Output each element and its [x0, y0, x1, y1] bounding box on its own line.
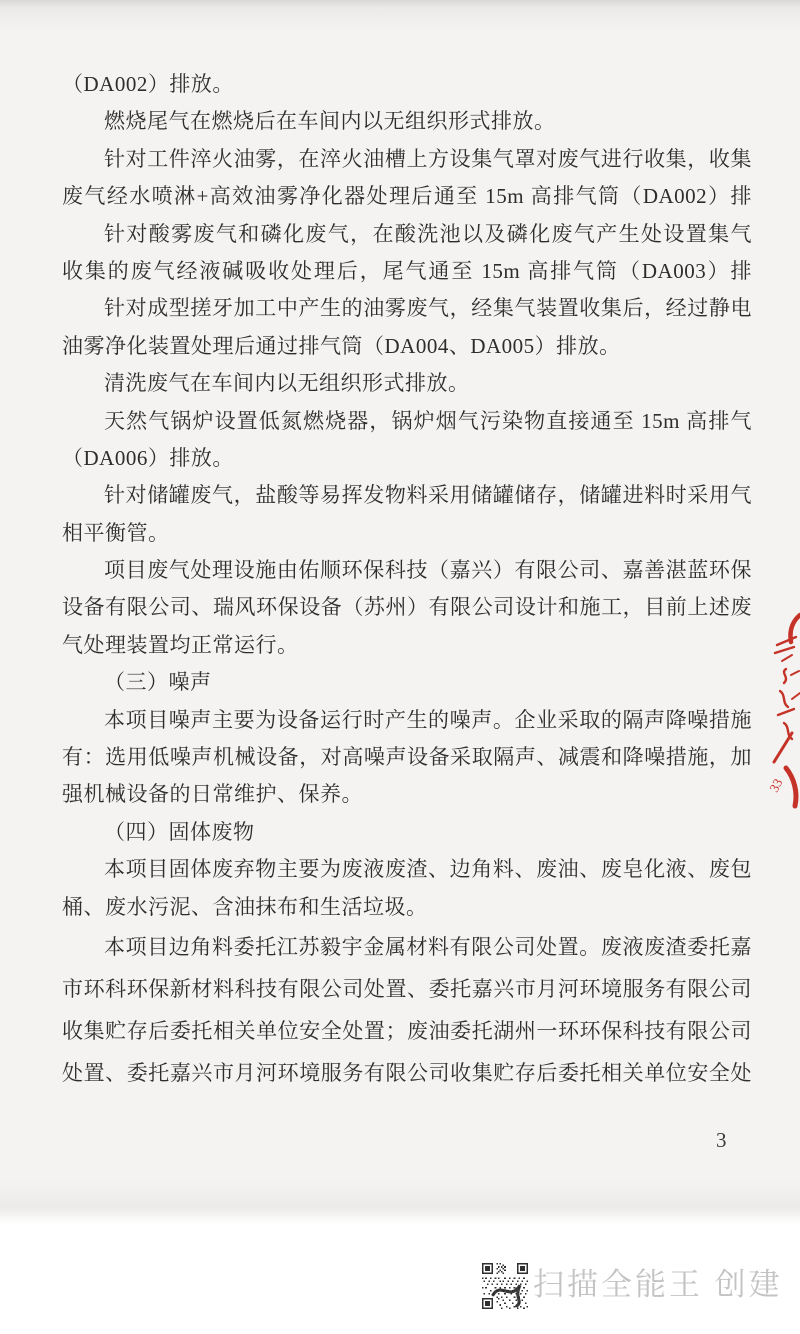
text-line: 本项目边角料委托江苏毅宇金属材料有限公司处置。废液废渣委托嘉兴 [62, 926, 752, 968]
text-line: 本项目固体废弃物主要为废液废渣、边角料、废油、废皂化液、废包装 [62, 851, 752, 888]
text-line: 针对储罐废气，盐酸等易挥发物料采用储罐储存，储罐进料时采用气 [62, 477, 752, 514]
scanner-watermark-label: 扫描全能王 创建 [533, 1268, 783, 1302]
text-line: 市环科环保新材料科技有限公司处置、委托嘉兴市月河环境服务有限公司 [62, 968, 752, 1010]
text-line: 相平衡管。 [62, 515, 752, 552]
scanned-page: （DA002）排放。 燃烧尾气在燃烧后在车间内以无组织形式排放。 针对工件淬火油… [0, 0, 800, 1224]
text-line: 燃烧尾气在燃烧后在车间内以无组织形式排放。 [62, 103, 752, 140]
text-line: 针对酸雾废气和磷化废气，在酸洗池以及磷化废气产生处设置集气罩， [62, 216, 752, 253]
text-line: 针对工件淬火油雾，在淬火油槽上方设集气罩对废气进行收集，收集 [62, 141, 752, 178]
text-line: （DA006）排放。 [62, 440, 752, 477]
scanned-document-screen: （DA002）排放。 燃烧尾气在燃烧后在车间内以无组织形式排放。 针对工件淬火油… [0, 0, 800, 1334]
text-line: 收集的废气经液碱吸收处理后，尾气通至 15m 高排气筒（DA003）排放。 [62, 253, 752, 290]
page-number: 3 [716, 1128, 727, 1153]
page-text: （DA002）排放。 燃烧尾气在燃烧后在车间内以无组织形式排放。 针对工件淬火油… [62, 66, 752, 1094]
text-line: 本项目噪声主要为设备运行时产生的噪声。企业采取的隔声降噪措施 [62, 702, 752, 739]
text-line: （DA002）排放。 [62, 66, 752, 103]
text-line: 桶、废水污泥、含油抹布和生活垃圾。 [62, 889, 752, 926]
text-line: 收集贮存后委托相关单位安全处置；废油委托湖州一环环保科技有限公司 [62, 1010, 752, 1052]
text-line: 废气经水喷淋+高效油雾净化器处理后通至 15m 高排气筒（DA002）排放。 [62, 178, 752, 215]
scanner-footer: 扫描全能王 创建 [0, 1224, 800, 1334]
red-ink-annotation: 33 [765, 612, 800, 812]
text-line: 处置、委托嘉兴市月河环境服务有限公司收集贮存后委托相关单位安全处 [62, 1052, 752, 1094]
text-line: 设备有限公司、瑞风环保设备（苏州）有限公司设计和施工，目前上述废 [62, 589, 752, 626]
text-line: 项目废气处理设施由佑顺环保科技（嘉兴）有限公司、嘉善湛蓝环保 [62, 552, 752, 589]
text-line: （三）噪声 [62, 664, 752, 701]
red-note-digits: 33 [766, 776, 785, 795]
text-line: 油雾净化装置处理后通过排气筒（DA004、DA005）排放。 [62, 328, 752, 365]
text-line: （四）固体废物 [62, 814, 752, 851]
text-line: 气处理装置均正常运行。 [62, 627, 752, 664]
text-line: 有：选用低噪声机械设备，对高噪声设备采取隔声、减震和降噪措施，加 [62, 739, 752, 776]
qr-code-icon [482, 1263, 528, 1309]
text-line: 清洗废气在车间内以无组织形式排放。 [62, 365, 752, 402]
text-line: 针对成型搓牙加工中产生的油雾废气，经集气装置收集后，经过静电 [62, 290, 752, 327]
text-line: 天然气锅炉设置低氮燃烧器，锅炉烟气污染物直接通至 15m 高排气筒 [62, 403, 752, 440]
text-line: 强机械设备的日常维护、保养。 [62, 776, 752, 813]
